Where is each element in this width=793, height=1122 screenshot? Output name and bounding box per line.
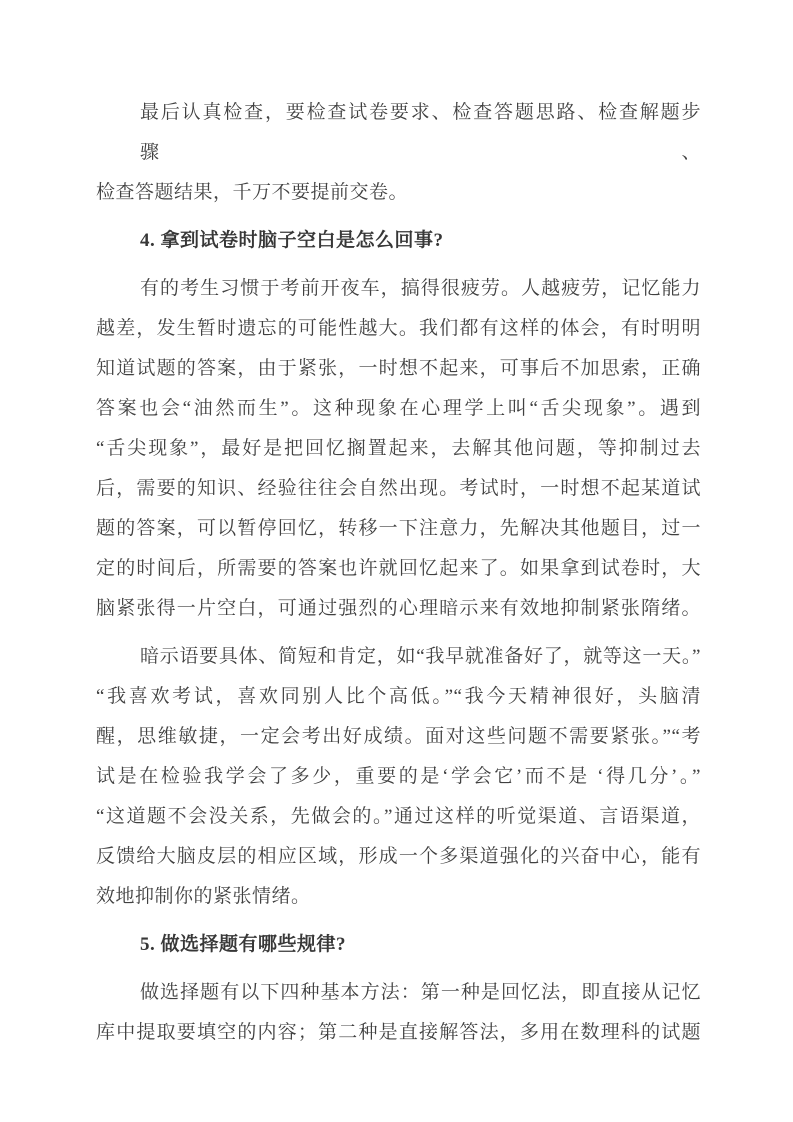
text-line: 题的答案，可以暂停回忆，转移一下注意力，先解决其他题目，过一	[96, 509, 701, 549]
text-line: 暗示语要具体、简短和肯定，如“我早就准备好了，就等这一天。”	[96, 637, 701, 677]
document-page: 最后认真检查，要检查试卷要求、检查答题思路、检查解题步骤、检查答题结果，千万不要…	[0, 0, 793, 1122]
text-line: 答案也会“油然而生”。这种现象在心理学上叫“舌尖现象”。遇到	[96, 389, 701, 429]
section-heading-4: 4. 拿到试卷时脑子空白是怎么回事?	[96, 221, 701, 261]
paragraph-self-suggestion: 暗示语要具体、简短和肯定，如“我早就准备好了，就等这一天。”“我喜欢考试，喜欢同…	[96, 637, 701, 917]
text-line: 效地抑制你的紧张情绪。	[96, 877, 701, 917]
text-line: “舌尖现象”，最好是把回忆搁置起来，去解其他问题，等抑制过去	[96, 429, 701, 469]
text-line: 检查答题结果，千万不要提前交卷。	[96, 173, 701, 213]
document-body: 最后认真检查，要检查试卷要求、检查答题思路、检查解题步骤、检查答题结果，千万不要…	[96, 93, 701, 1053]
text-line: 脑紧张得一片空白，可通过强烈的心理暗示来有效地抑制紧张隋绪。	[96, 589, 701, 629]
paragraph-blank-mind: 有的考生习惯于考前开夜车，搞得很疲劳。人越疲劳，记忆能力越差，发生暂时遗忘的可能…	[96, 269, 701, 629]
heading-line: 5. 做选择题有哪些规律?	[96, 925, 701, 965]
paragraph-multiple-choice: 做选择题有以下四种基本方法：第一种是回忆法，即直接从记忆库中提取要填空的内容；第…	[96, 973, 701, 1053]
text-line: 后，需要的知识、经验往往会自然出现。考试时，一时想不起某道试	[96, 469, 701, 509]
text-line: 最后认真检查，要检查试卷要求、检查答题思路、检查解题步骤、	[96, 93, 701, 173]
text-line: 定的时间后，所需要的答案也许就回忆起来了。如果拿到试卷时，大	[96, 549, 701, 589]
text-line: 做选择题有以下四种基本方法：第一种是回忆法，即直接从记忆	[96, 973, 701, 1013]
text-line: “这道题不会没关系，先做会的。”通过这样的听觉渠道、言语渠道，	[96, 797, 701, 837]
text-line: 库中提取要填空的内容；第二种是直接解答法，多用在数理科的试题	[96, 1013, 701, 1053]
text-line: 试是在检验我学会了多少，重要的是‘学会它’而不是 ‘得几分’。”	[96, 757, 701, 797]
text-line: 反馈给大脑皮层的相应区域，形成一个多渠道强化的兴奋中心，能有	[96, 837, 701, 877]
text-line: 醒，思维敏捷，一定会考出好成绩。面对这些问题不需要紧张。”“考	[96, 717, 701, 757]
heading-line: 4. 拿到试卷时脑子空白是怎么回事?	[96, 221, 701, 261]
text-line: 知道试题的答案，由于紧张，一时想不起来，可事后不加思索，正确	[96, 349, 701, 389]
text-line: 越差，发生暂时遗忘的可能性越大。我们都有这样的体会，有时明明	[96, 309, 701, 349]
text-line: 有的考生习惯于考前开夜车，搞得很疲劳。人越疲劳，记忆能力	[96, 269, 701, 309]
text-line: “我喜欢考试，喜欢同别人比个高低。”“我今天精神很好，头脑清	[96, 677, 701, 717]
paragraph-final-check: 最后认真检查，要检查试卷要求、检查答题思路、检查解题步骤、检查答题结果，千万不要…	[96, 93, 701, 213]
section-heading-5: 5. 做选择题有哪些规律?	[96, 925, 701, 965]
